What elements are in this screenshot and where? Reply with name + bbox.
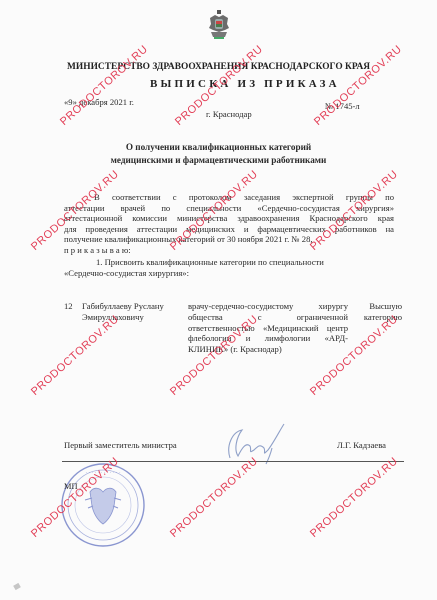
preamble-line: получение квалификационных категорий от … (64, 234, 394, 245)
document-page: МИНИСТЕРСТВО ЗДРАВООХРАНЕНИЯ КРАСНОДАРСК… (0, 0, 437, 600)
order-verb: п р и к а з ы в а ю: (64, 245, 394, 256)
coat-of-arms-icon (207, 10, 231, 40)
signature-icon (222, 420, 292, 466)
watermark: PRODOCTOROV.RU (308, 455, 400, 540)
order-item-1-specialty: «Сердечно-сосудистая хирургия»: (64, 268, 189, 279)
watermark: PRODOCTOROV.RU (29, 313, 121, 398)
document-type: ВЫПИСКА ИЗ ПРИКАЗА (150, 79, 340, 90)
scan-artifact (13, 583, 21, 590)
watermark: PRODOCTOROV.RU (58, 43, 150, 128)
employee-name: Габибуллаеву Руслану Эмируллаховичу (82, 301, 172, 323)
signer-name: Л.Г. Кадзаева (337, 440, 386, 451)
employee-position: врачу-сердечно-сосудистому хирургу общес… (188, 301, 348, 355)
signer-title: Первый заместитель министра (64, 440, 177, 451)
order-city: г. Краснодар (206, 109, 252, 120)
order-title-line-1: О получении квалификационных категорий (0, 142, 437, 153)
row-number: 12 (64, 301, 73, 312)
order-title-line-2: медицинскими и фармацевтическими работни… (0, 155, 437, 166)
order-item-1: 1. Присвоить квалификационные категории … (96, 257, 324, 268)
watermark: PRODOCTOROV.RU (168, 455, 260, 540)
